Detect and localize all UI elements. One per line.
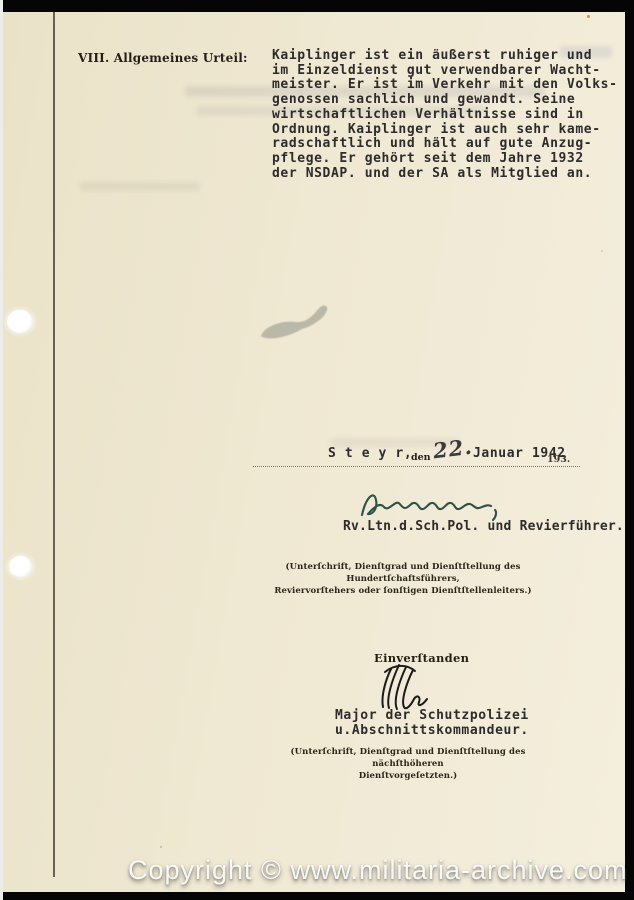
place-name: S t e y r, (328, 447, 412, 462)
caption-line: Dienſtvorgeſetzten.) (282, 770, 534, 782)
reviewer-signature-caption: (Unterſchrift, Dienſtgrad und Dienſtſtel… (272, 561, 534, 597)
copyright-watermark: Copyright © www.militaria-archive.com (128, 855, 628, 886)
punch-hole-top (7, 310, 33, 333)
approver-signature-caption: (Unterſchrift, Dienſtgrad und Dienſtſtel… (282, 746, 534, 782)
assessment-line: radschaftlich und hält auf gute Anzug- (272, 137, 628, 152)
binder-fold-line (53, 12, 55, 877)
reviewer-signature (356, 486, 508, 522)
printed-den-label: den (411, 452, 431, 463)
punch-hole-bottom (9, 556, 32, 577)
bleed-through-smudge (80, 182, 200, 191)
caption-line: (Unterſchrift, Dienſtgrad und Dienſtſtel… (282, 746, 534, 770)
approver-title-line: u.Abschnittskommandeur. (335, 724, 529, 739)
assessment-line: Ordnung. Kaiplinger ist auch sehr kame- (272, 123, 628, 138)
ink-stain (250, 300, 334, 352)
assessment-line: meister. Er ist im Verkehr mit den Volks… (272, 78, 628, 93)
assessment-text: Kaiplinger ist ein äußerst ruhiger und i… (272, 49, 628, 181)
handwritten-day: 22. (432, 434, 474, 464)
approver-title-line: Major der Schutzpolizei (335, 709, 529, 724)
assessment-line: genossen sachlich und gewandt. Seine (272, 93, 628, 108)
assessment-line: Kaiplinger ist ein äußerst ruhiger und (272, 49, 628, 64)
section-label: VIII. Allgemeines Urteil: (78, 51, 248, 65)
printed-year-stub: 193. (547, 454, 570, 465)
assessment-line: im Einzeldienst gut verwendbarer Wacht- (272, 64, 628, 79)
document-scan: VIII. Allgemeines Urteil: Kaiplinger ist… (0, 0, 634, 900)
assessment-line: wirtschaftlichen Verhältnisse sind in (272, 108, 628, 123)
caption-line: Reviervorſtehers oder ſonſtigen Dienſtſt… (272, 585, 534, 597)
paper-speck (587, 15, 590, 18)
assessment-line: pflege. Er gehört seit dem Jahre 1932 (272, 152, 628, 167)
approver-signature (373, 661, 435, 713)
date-line: S t e y r, den 22. Januar 1942 193. (253, 443, 580, 467)
approver-title: Major der Schutzpolizei u.Abschnittskomm… (335, 709, 529, 738)
assessment-line: der NSDAP. und der SA als Mitglied an. (272, 167, 628, 182)
reviewer-title: Rv.Ltn.d.Sch.Pol. und Revierführer. (343, 520, 624, 535)
paper-speck (160, 846, 162, 848)
scan-edge (0, 0, 3, 900)
paper-speck (601, 250, 603, 252)
caption-line: (Unterſchrift, Dienſtgrad und Dienſtſtel… (272, 561, 534, 585)
